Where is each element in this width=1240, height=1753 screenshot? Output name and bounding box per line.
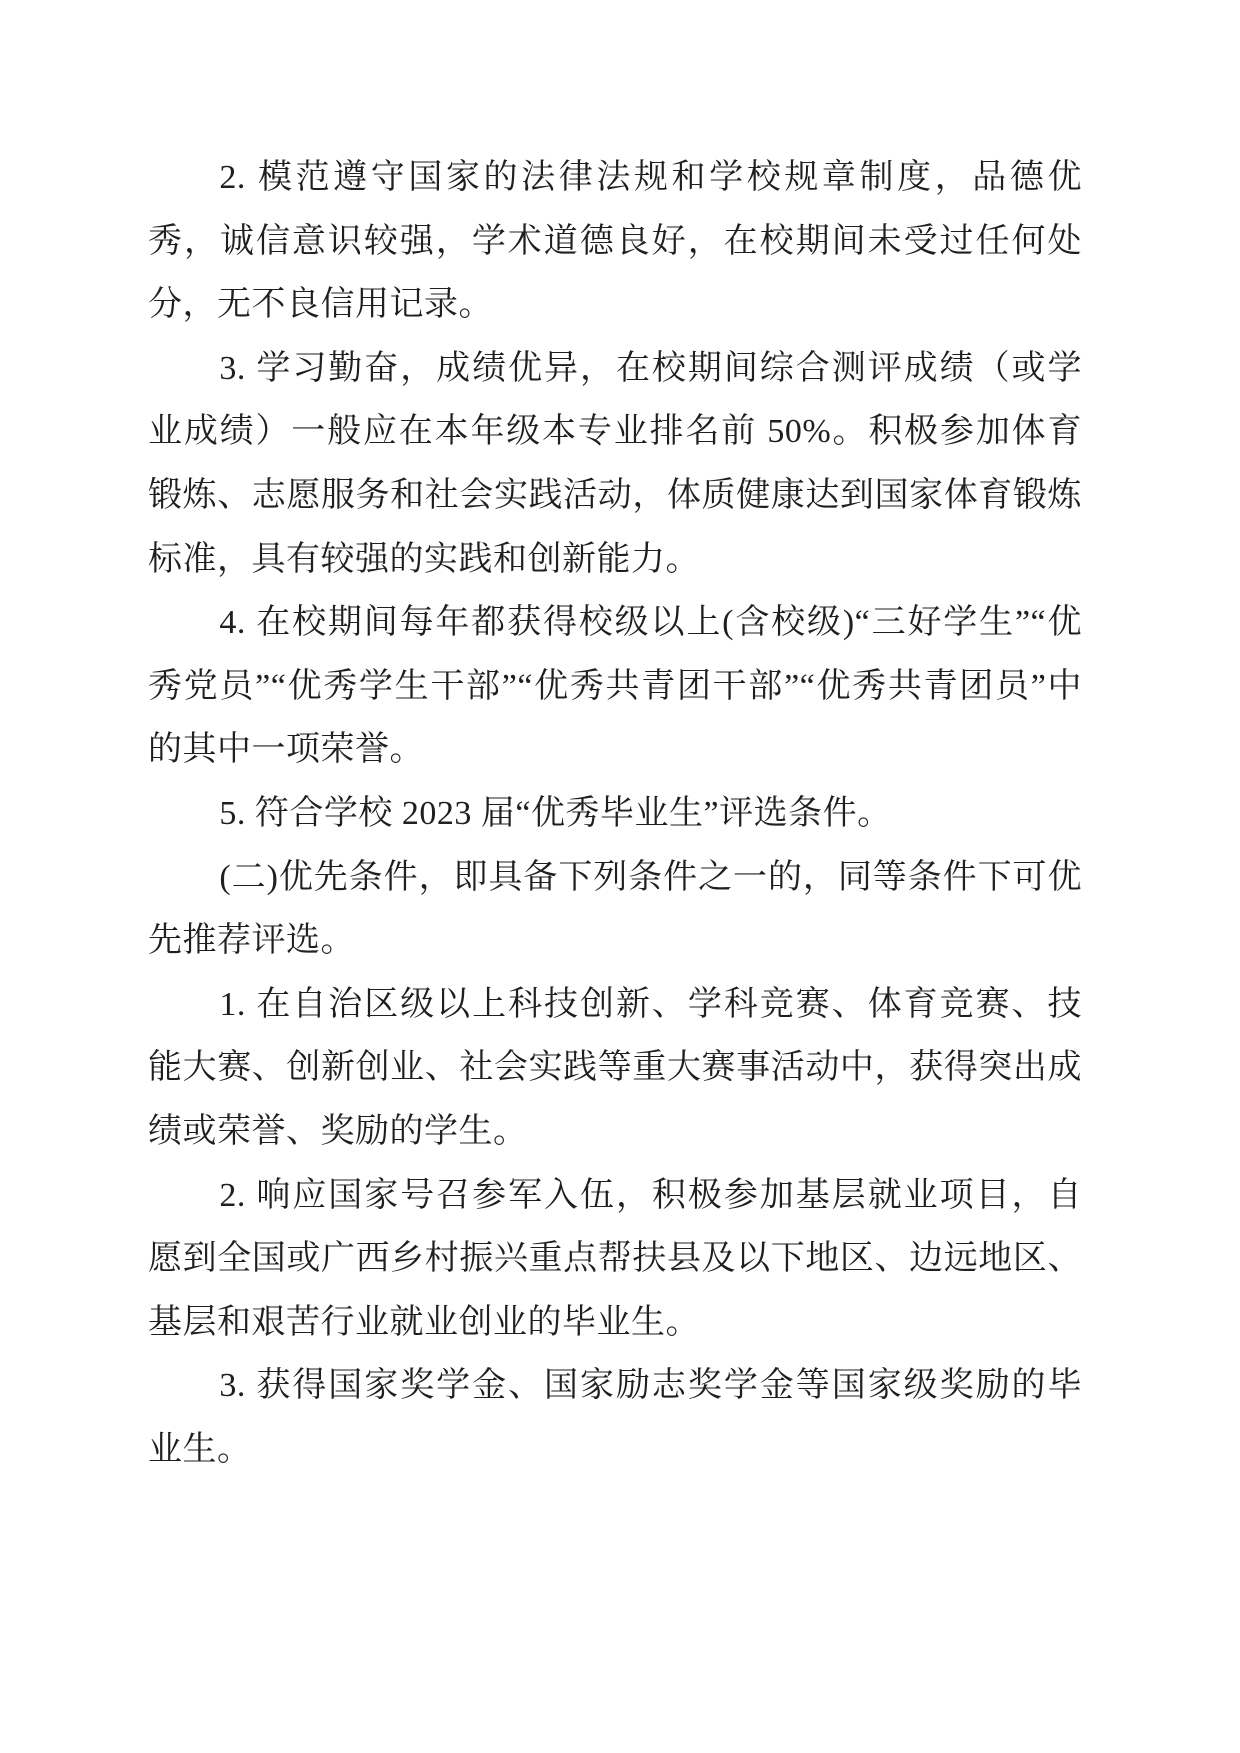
paragraph-section-2-priority-conditions: (二)优先条件，即具备下列条件之一的，同等条件下可优先推荐评选。 bbox=[148, 846, 1082, 973]
paragraph-priority-3-scholarships: 3. 获得国家奖学金、国家励志奖学金等国家级奖励的毕业生。 bbox=[148, 1354, 1082, 1481]
paragraph-rule-5-eligibility: 5. 符合学校 2023 届“优秀毕业生”评选条件。 bbox=[148, 782, 1082, 846]
document-text-block: 2. 模范遵守国家的法律法规和学校规章制度，品德优秀，诚信意识较强，学术道德良好… bbox=[148, 146, 1082, 1481]
paragraph-priority-2-grassroots-employment: 2. 响应国家号召参军入伍，积极参加基层就业项目，自愿到全国或广西乡村振兴重点帮… bbox=[148, 1164, 1082, 1355]
document-page: 2. 模范遵守国家的法律法规和学校规章制度，品德优秀，诚信意识较强，学术道德良好… bbox=[0, 0, 1240, 1753]
paragraph-rule-3-academics: 3. 学习勤奋，成绩优异，在校期间综合测评成绩（或学业成绩）一般应在本年级本专业… bbox=[148, 337, 1082, 591]
paragraph-rule-4-honors: 4. 在校期间每年都获得校级以上(含校级)“三好学生”“优秀党员”“优秀学生干部… bbox=[148, 591, 1082, 782]
paragraph-priority-1-competitions: 1. 在自治区级以上科技创新、学科竞赛、体育竞赛、技能大赛、创新创业、社会实践等… bbox=[148, 973, 1082, 1164]
paragraph-rule-2-conduct: 2. 模范遵守国家的法律法规和学校规章制度，品德优秀，诚信意识较强，学术道德良好… bbox=[148, 146, 1082, 337]
